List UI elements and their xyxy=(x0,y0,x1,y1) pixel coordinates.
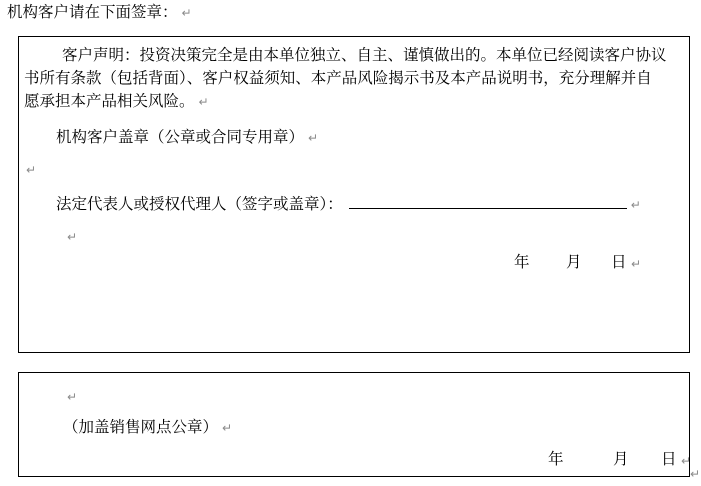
document-caption: 机构客户请在下面签章：↵ xyxy=(7,1,192,25)
date-year-label: 年 xyxy=(548,448,564,471)
caption-text: 机构客户请在下面签章： xyxy=(7,4,178,21)
signature-blank-line[interactable] xyxy=(349,192,627,209)
legal-representative-label: 法定代表人或授权代理人（签字或盖章）： xyxy=(56,196,343,213)
declaration-line-3: 愿承担本产品相关风险。↵ xyxy=(24,90,686,114)
legal-representative-line: 法定代表人或授权代理人（签字或盖章）：↵ xyxy=(56,192,641,217)
date-year-label: 年 xyxy=(514,251,530,274)
paragraph-mark-icon: ↵ xyxy=(222,421,232,435)
paragraph-mark-icon: ↵ xyxy=(631,198,641,212)
outlet-stamp-box: ↵ （加盖销售网点公章）↵ 年 月 日 ↵ xyxy=(18,372,690,477)
paragraph-mark-icon: ↵ xyxy=(182,6,192,20)
outlet-stamp-label: （加盖销售网点公章）↵ xyxy=(63,416,232,440)
declaration-line-1: 客户声明：投资决策完全是由本单位独立、自主、谨慎做出的。本单位已经阅读客户协议 xyxy=(24,44,686,67)
date-day-label: 日 xyxy=(611,251,627,274)
paragraph-mark-icon: ↵ xyxy=(690,463,700,486)
paragraph-mark-icon: ↵ xyxy=(199,95,209,109)
date-month-label: 月 xyxy=(613,448,629,471)
paragraph-mark-icon: ↵ xyxy=(67,226,77,249)
paragraph-mark-icon: ↵ xyxy=(67,386,77,409)
date-day-label: 日 xyxy=(661,448,677,471)
word-document-page: { "page": { "title": "机构客户请在下面签章：", "pil… xyxy=(0,0,701,486)
paragraph-mark-icon: ↵ xyxy=(631,253,641,276)
institution-signature-box: 客户声明：投资决策完全是由本单位独立、自主、谨慎做出的。本单位已经阅读客户协议 … xyxy=(18,36,690,353)
paragraph-mark-icon: ↵ xyxy=(26,159,36,182)
outlet-date-line: 年 月 日 ↵ xyxy=(19,448,691,471)
date-month-label: 月 xyxy=(566,251,582,274)
paragraph-mark-icon: ↵ xyxy=(308,131,318,145)
declaration-line-2: 书所有条款（包括背面）、客户权益须知、本产品风险揭示书及本产品说明书，充分理解并… xyxy=(24,67,686,90)
institution-date-line: 年 月 日 ↵ xyxy=(19,251,691,274)
institution-stamp-label: 机构客户盖章（公章或合同专用章）↵ xyxy=(56,126,318,150)
client-declaration: 客户声明：投资决策完全是由本单位独立、自主、谨慎做出的。本单位已经阅读客户协议 … xyxy=(24,44,686,114)
